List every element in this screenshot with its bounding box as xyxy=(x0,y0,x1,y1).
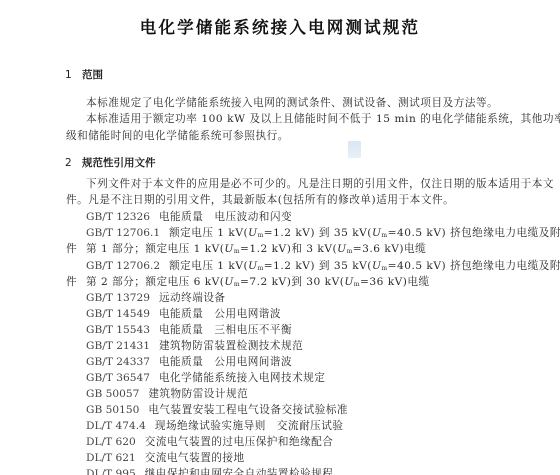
reference-title: 继电保护和电网安全自动装置检验规程 xyxy=(145,468,334,475)
reference-title-part: =40.5 kV) 挤包绝缘电力电缆及附 xyxy=(388,227,560,239)
reference-title: 交流电气装置的接地 xyxy=(145,452,245,464)
reference-item: DL/T 995继电保护和电网安全自动装置检验规程 xyxy=(86,468,333,475)
symbol-u: U xyxy=(248,260,257,272)
reference-title: 建筑物防雷设计规范 xyxy=(148,388,248,400)
reference-title: 电气装置安装工程电气设备交接试验标准 xyxy=(148,404,348,416)
reference-item: GB 50057建筑物防雷设计规范 xyxy=(86,388,248,401)
reference-title-part: 第 1 部分；额定电压 1 kV( xyxy=(86,243,224,255)
reference-title: 电能质量 公用电网间谐波 xyxy=(159,356,292,368)
symbol-u: U xyxy=(372,260,381,272)
symbol-u: U xyxy=(224,276,233,288)
reference-item: GB/T 12706.2额定电压 1 kV(Um=1.2 kV) 到 35 kV… xyxy=(86,260,560,275)
reference-title-part: =40.5 kV) 挤包绝缘电力电缆及附 xyxy=(388,260,560,272)
reference-item: GB/T 13729远动终端设备 xyxy=(86,292,226,305)
reference-title-part: =1.2 kV) 到 35 kV( xyxy=(264,260,372,272)
document-page: 电化学储能系统接入电网测试规范 1范围 本标准规定了电化学储能系统接入电网的测试… xyxy=(0,0,560,475)
reference-title-part: =1.2 kV) 到 35 kV( xyxy=(264,227,372,239)
reference-item: GB/T 12326电能质量 电压波动和闪变 xyxy=(86,211,292,224)
reference-item-continuation: 件第 1 部分；额定电压 1 kV(Um=1.2 kV)和 3 kV(Um=3.… xyxy=(66,243,426,258)
reference-title: 电能质量 公用电网谐波 xyxy=(159,308,281,320)
reference-code: GB/T 12706.1 xyxy=(86,227,160,240)
symbol-u: U xyxy=(248,227,257,239)
reference-title: 电能质量 三相电压不平衡 xyxy=(159,324,292,336)
reference-title-part: =1.2 kV)和 3 kV( xyxy=(240,243,337,255)
reference-code: GB/T 36547 xyxy=(86,372,150,385)
reference-item: GB/T 21431建筑物防雷装置检测技术规范 xyxy=(86,340,303,353)
reference-title-part: 额定电压 1 kV( xyxy=(169,260,248,272)
reference-code: DL/T 620 xyxy=(86,436,136,449)
document-title: 电化学储能系统接入电网测试规范 xyxy=(0,14,560,38)
section-title: 规范性引用文件 xyxy=(82,157,156,169)
section-title: 范围 xyxy=(82,69,103,81)
reference-title: 现场绝缘试验实施导则 交流耐压试验 xyxy=(155,420,344,432)
reference-title: 电能质量 电压波动和闪变 xyxy=(159,211,292,223)
reference-code: GB/T 15543 xyxy=(86,324,150,337)
scope-paragraph-line: 本标准规定了电化学储能系统接入电网的测试条件、测试设备、测试项目及方法等。 xyxy=(86,97,498,110)
reference-title: 交流电气装置的过电压保护和绝缘配合 xyxy=(145,436,334,448)
reference-code: GB/T 12706.2 xyxy=(86,260,160,273)
reference-title-part: =7.2 kV)到 30 kV( xyxy=(240,276,344,288)
section-2-heading: 2规范性引用文件 xyxy=(65,155,156,170)
section-number: 2 xyxy=(65,157,82,169)
reference-code: GB/T 12326 xyxy=(86,211,150,224)
reference-item: GB/T 14549电能质量 公用电网谐波 xyxy=(86,308,281,321)
reference-code: GB/T 24337 xyxy=(86,356,150,369)
scope-paragraph-line: 级和储能时间的电化学储能系统可参照执行。 xyxy=(66,130,289,143)
reference-item: DL/T 620交流电气装置的过电压保护和绝缘配合 xyxy=(86,436,333,449)
section-1-heading: 1范围 xyxy=(65,67,103,82)
reference-item-continuation: 件第 2 部分；额定电压 6 kV(Um=7.2 kV)到 30 kV(Um=3… xyxy=(66,276,430,291)
reference-item: DL/T 621交流电气装置的接地 xyxy=(86,452,245,465)
watermark-logo xyxy=(348,141,361,158)
reference-item: GB 50150电气装置安装工程电气设备交接试验标准 xyxy=(86,404,348,417)
reference-code: GB/T 21431 xyxy=(86,340,150,353)
reference-title-part: 额定电压 1 kV( xyxy=(169,227,248,239)
reference-code: GB/T 13729 xyxy=(86,292,150,305)
reference-title: 远动终端设备 xyxy=(159,292,226,304)
reference-title-part: =3.6 kV)电缆 xyxy=(353,243,426,255)
reference-item: GB/T 15543电能质量 三相电压不平衡 xyxy=(86,324,292,337)
symbol-u: U xyxy=(344,276,353,288)
reference-title-part: 件 xyxy=(66,243,86,256)
reference-title: 建筑物防雷装置检测技术规范 xyxy=(159,340,303,352)
reference-title-part: 第 2 部分；额定电压 6 kV( xyxy=(86,276,224,288)
section-number: 1 xyxy=(65,69,82,81)
reference-title-part: =36 kV)电缆 xyxy=(360,276,430,288)
reference-title-part: 件 xyxy=(66,276,86,289)
reference-code: DL/T 621 xyxy=(86,452,136,465)
symbol-u: U xyxy=(372,227,381,239)
symbol-u: U xyxy=(224,243,233,255)
reference-code: GB/T 14549 xyxy=(86,308,150,321)
symbol-u: U xyxy=(337,243,346,255)
reference-item: GB/T 24337电能质量 公用电网间谐波 xyxy=(86,356,292,369)
reference-item: DL/T 474.4现场绝缘试验实施导则 交流耐压试验 xyxy=(86,420,343,433)
reference-code: GB 50057 xyxy=(86,388,139,401)
reference-item: GB/T 36547电化学储能系统接入电网技术规定 xyxy=(86,372,325,385)
references-intro-line: 下列文件对于本文件的应用是必不可少的。凡是注日期的引用文件，仅注日期的版本适用于… xyxy=(86,178,554,191)
reference-title: 电化学储能系统接入电网技术规定 xyxy=(159,372,325,384)
reference-code: DL/T 474.4 xyxy=(86,420,146,433)
reference-code: GB 50150 xyxy=(86,404,139,417)
scope-paragraph-line: 本标准适用于额定功率 100 kW 及以上且储能时间不低于 15 min 的电化… xyxy=(86,113,560,126)
reference-item: GB/T 12706.1额定电压 1 kV(Um=1.2 kV) 到 35 kV… xyxy=(86,227,560,242)
reference-code: DL/T 995 xyxy=(86,468,136,475)
references-intro-line: 件。凡是不注日期的引用文件，其最新版本(包括所有的修改单)适用于本文件。 xyxy=(66,194,454,207)
